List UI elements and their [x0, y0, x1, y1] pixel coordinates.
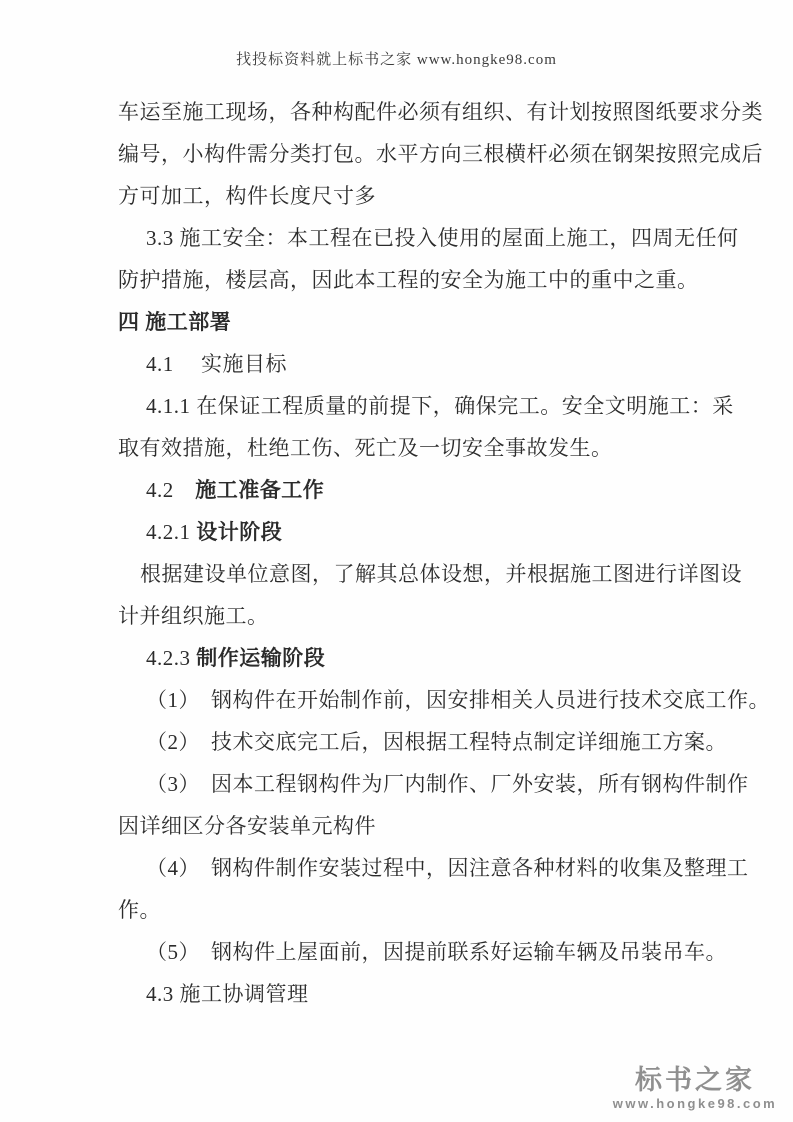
text-line: 方可加工，构件长度尺寸多 — [118, 175, 680, 217]
text-segment: 防护措施，楼层高，因此本工程的安全为施工中的重中之重。 — [118, 268, 699, 292]
text-segment: （5） 钢构件上屋面前，因提前联系好运输车辆及吊装吊车。 — [146, 940, 727, 964]
text-segment: 取有效措施，杜绝工伤、死亡及一切安全事故发生。 — [118, 436, 613, 460]
text-segment: 3.3 施工安全：本工程在已投入使用的屋面上施工，四周无任何 — [146, 226, 739, 250]
text-line: （1） 钢构件在开始制作前，因安排相关人员进行技术交底工作。 — [118, 679, 680, 721]
text-segment: 方可加工，构件长度尺寸多 — [118, 184, 376, 208]
text-segment: 作。 — [118, 898, 161, 922]
text-segment: 4.2.3 — [146, 646, 196, 670]
text-line: 取有效措施，杜绝工伤、死亡及一切安全事故发生。 — [118, 427, 680, 469]
header-watermark: 找投标资料就上标书之家 www.hongke98.com — [0, 48, 793, 69]
bold-text-segment: 施工准备工作 — [195, 478, 324, 502]
text-line: 作。 — [118, 889, 680, 931]
text-segment: 4.3 施工协调管理 — [146, 982, 309, 1006]
document-page: 找投标资料就上标书之家 www.hongke98.com 车运至施工现场，各种构… — [0, 0, 793, 1122]
text-line: 车运至施工现场，各种构配件必须有组织、有计划按照图纸要求分类 — [118, 91, 680, 133]
text-line: 4.2.1 设计阶段 — [118, 511, 680, 553]
text-line: （4） 钢构件制作安装过程中，因注意各种材料的收集及整理工 — [118, 847, 680, 889]
text-line: （3） 因本工程钢构件为厂内制作、厂外安装，所有钢构件制作 — [118, 763, 680, 805]
text-line: 4.1.1 在保证工程质量的前提下，确保完工。安全文明施工：采 — [118, 385, 680, 427]
text-line: 计并组织施工。 — [118, 595, 680, 637]
footer-watermark: 标书之家 www.hongke98.com — [605, 1065, 785, 1112]
text-line: 防护措施，楼层高，因此本工程的安全为施工中的重中之重。 — [118, 259, 680, 301]
bold-text-segment: 设计阶段 — [196, 520, 282, 544]
text-segment: 4.2 — [146, 478, 195, 502]
text-segment: 编号，小构件需分类打包。水平方向三根横杆必须在钢架按照完成后 — [118, 142, 763, 166]
text-segment: （2） 技术交底完工后，因根据工程特点制定详细施工方案。 — [146, 730, 727, 754]
text-line: （5） 钢构件上屋面前，因提前联系好运输车辆及吊装吊车。 — [118, 931, 680, 973]
footer-brand-logo: 标书之家 — [605, 1065, 785, 1095]
text-line: 根据建设单位意图，了解其总体设想，并根据施工图进行详图设 — [118, 553, 680, 595]
text-segment: 4.1.1 在保证工程质量的前提下，确保完工。安全文明施工：采 — [146, 394, 734, 418]
text-line: 4.2 施工准备工作 — [118, 469, 680, 511]
text-line: 3.3 施工安全：本工程在已投入使用的屋面上施工，四周无任何 — [118, 217, 680, 259]
text-segment: （1） 钢构件在开始制作前，因安排相关人员进行技术交底工作。 — [146, 688, 770, 712]
text-segment: 因详细区分各安装单元构件 — [118, 814, 376, 838]
text-line: 编号，小构件需分类打包。水平方向三根横杆必须在钢架按照完成后 — [118, 133, 680, 175]
text-line: 4.2.3 制作运输阶段 — [118, 637, 680, 679]
text-segment: 根据建设单位意图，了解其总体设想，并根据施工图进行详图设 — [140, 562, 742, 586]
text-segment: 4.1 实施目标 — [146, 352, 287, 376]
text-segment: 车运至施工现场，各种构配件必须有组织、有计划按照图纸要求分类 — [118, 100, 763, 124]
text-segment: 4.2.1 — [146, 520, 196, 544]
text-segment: 计并组织施工。 — [118, 604, 269, 628]
text-line: 4.1 实施目标 — [118, 343, 680, 385]
footer-site-url: www.hongke98.com — [605, 1096, 785, 1112]
text-line: 四 施工部署 — [118, 301, 680, 343]
text-line: （2） 技术交底完工后，因根据工程特点制定详细施工方案。 — [118, 721, 680, 763]
text-line: 因详细区分各安装单元构件 — [118, 805, 680, 847]
text-line: 4.3 施工协调管理 — [118, 973, 680, 1015]
document-body: 车运至施工现场，各种构配件必须有组织、有计划按照图纸要求分类编号，小构件需分类打… — [118, 91, 680, 1015]
bold-text-segment: 制作运输阶段 — [196, 646, 325, 670]
bold-text-segment: 四 施工部署 — [118, 310, 231, 334]
text-segment: （4） 钢构件制作安装过程中，因注意各种材料的收集及整理工 — [146, 856, 749, 880]
text-segment: （3） 因本工程钢构件为厂内制作、厂外安装，所有钢构件制作 — [146, 772, 749, 796]
